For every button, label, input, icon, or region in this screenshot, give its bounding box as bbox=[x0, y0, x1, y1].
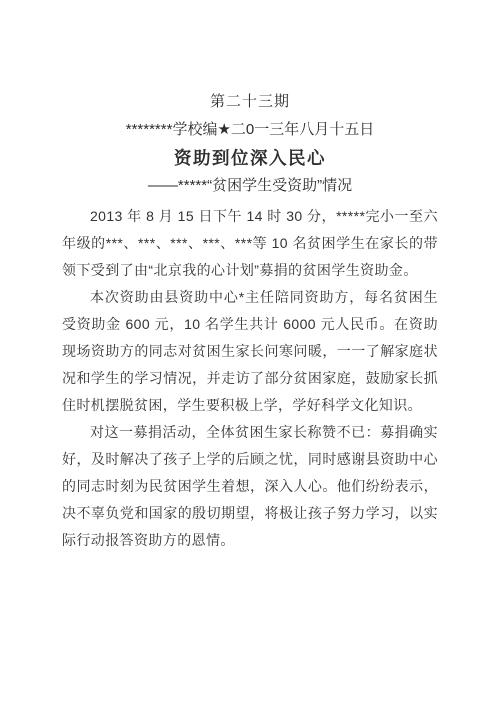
issue-number: 第二十三期 bbox=[62, 88, 438, 116]
subtitle: ——*****“贫困学生受资助”情况 bbox=[62, 172, 438, 200]
headline: 资助到位深入民心 bbox=[62, 144, 438, 172]
edition-date-line: ********学校编★二0一三年八月十五日 bbox=[62, 116, 438, 144]
paragraph-1: 2013 年 8 月 15 日下午 14 时 30 分，*****完小一至六年级… bbox=[62, 203, 438, 284]
paragraph-3: 对这一募捐活动，全体贫困生家长称赞不已：募捐确实好，及时解决了孩子上学的后顾之忧… bbox=[62, 419, 438, 554]
document-page: 第二十三期 ********学校编★二0一三年八月十五日 资助到位深入民心 ——… bbox=[0, 0, 500, 707]
document-body: 2013 年 8 月 15 日下午 14 时 30 分，*****完小一至六年级… bbox=[62, 203, 438, 554]
paragraph-2: 本次资助由县资助中心*主任陪同资助方，每名贫困生受资助金 600 元，10 名学… bbox=[62, 284, 438, 419]
